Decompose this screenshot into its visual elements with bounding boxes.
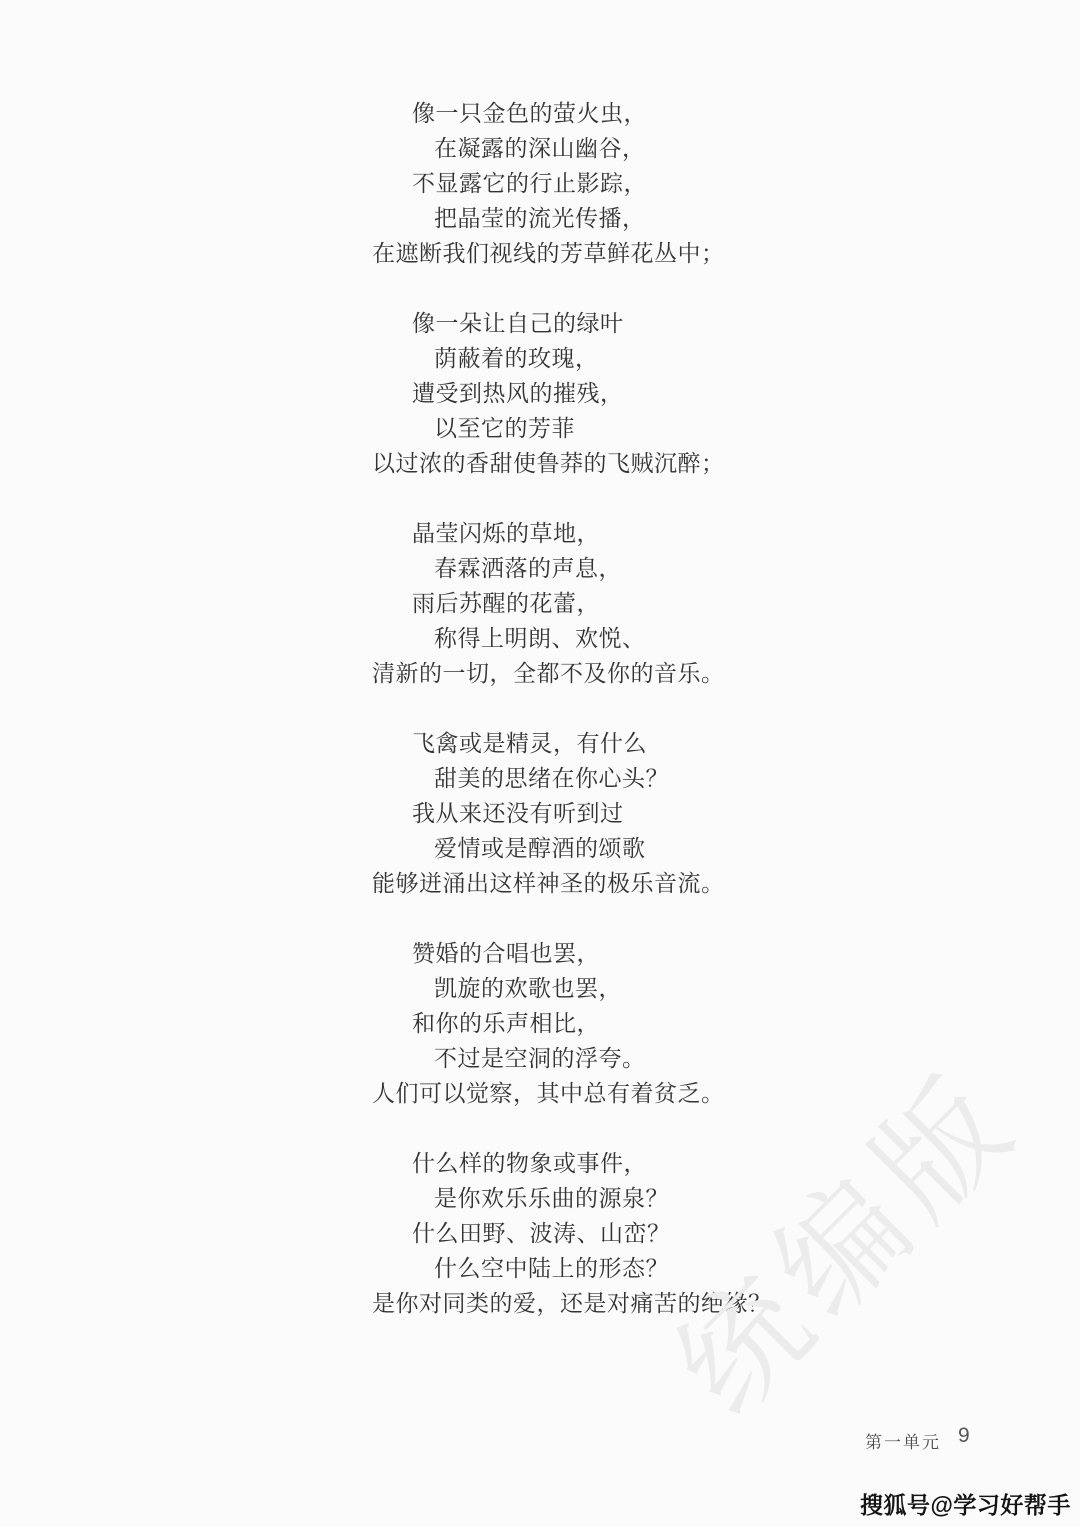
poem-line: 在凝露的深山幽谷，: [434, 131, 772, 166]
poem-stanza: 赞婚的合唱也罢，凯旋的欢歌也罢，和你的乐声相比，不过是空洞的浮夸。人们可以觉察，…: [372, 936, 772, 1111]
poem-line: 把晶莹的流光传播，: [434, 201, 772, 236]
poem-line: 像一朵让自己的绿叶: [412, 306, 772, 341]
poem-line: 在遮断我们视线的芳草鲜花丛中；: [372, 236, 772, 271]
poem-line: 晶莹闪烁的草地，: [412, 516, 772, 551]
poem-line: 什么田野、波涛、山峦？: [412, 1216, 772, 1251]
poem-line: 不过是空洞的浮夸。: [434, 1041, 772, 1076]
footer-page-number: 9: [958, 1424, 970, 1448]
poem-line: 飞禽或是精灵，有什么: [412, 726, 772, 761]
poem-line: 我从来还没有听到过: [412, 796, 772, 831]
poem-line: 能够迸涌出这样神圣的极乐音流。: [372, 866, 772, 901]
poem-line: 是你欢乐乐曲的源泉？: [434, 1181, 772, 1216]
poem-line: 赞婚的合唱也罢，: [412, 936, 772, 971]
poem-stanza: 像一朵让自己的绿叶荫蔽着的玫瑰，遭受到热风的摧残，以至它的芳菲以过浓的香甜使鲁莽…: [372, 306, 772, 481]
textbook-page: 像一只金色的萤火虫，在凝露的深山幽谷，不显露它的行止影踪，把晶莹的流光传播，在遮…: [0, 0, 1080, 1527]
poem-line: 和你的乐声相比，: [412, 1006, 772, 1041]
poem-line: 不显露它的行止影踪，: [412, 166, 772, 201]
poem-line: 称得上明朗、欢悦、: [434, 621, 772, 656]
poem-line: 遭受到热风的摧残，: [412, 376, 772, 411]
poem-line: 爱情或是醇酒的颂歌: [434, 831, 772, 866]
poem-line: 甜美的思绪在你心头？: [434, 761, 772, 796]
poem-line: 雨后苏醒的花蕾，: [412, 586, 772, 621]
poem-stanza: 像一只金色的萤火虫，在凝露的深山幽谷，不显露它的行止影踪，把晶莹的流光传播，在遮…: [372, 96, 772, 271]
footer-unit-label: 第一单元: [865, 1428, 941, 1453]
poem-line: 荫蔽着的玫瑰，: [434, 341, 772, 376]
poem-stanza: 什么样的物象或事件，是你欢乐乐曲的源泉？什么田野、波涛、山峦？什么空中陆上的形态…: [372, 1146, 772, 1321]
poem-stanza: 晶莹闪烁的草地，春霖洒落的声息，雨后苏醒的花蕾，称得上明朗、欢悦、清新的一切，全…: [372, 516, 772, 691]
poem-line: 什么空中陆上的形态？: [434, 1251, 772, 1286]
poem-line: 以至它的芳菲: [434, 411, 772, 446]
poem: 像一只金色的萤火虫，在凝露的深山幽谷，不显露它的行止影踪，把晶莹的流光传播，在遮…: [372, 96, 772, 1356]
poem-line: 像一只金色的萤火虫，: [412, 96, 772, 131]
poem-stanza: 飞禽或是精灵，有什么甜美的思绪在你心头？我从来还没有听到过爱情或是醇酒的颂歌能够…: [372, 726, 772, 901]
poem-line: 以过浓的香甜使鲁莽的飞贼沉醉；: [372, 446, 772, 481]
poem-line: 人们可以觉察，其中总有着贫乏。: [372, 1076, 772, 1111]
publisher-watermark: 搜狐号@学习好帮手: [860, 1487, 1071, 1520]
poem-line: 清新的一切，全都不及你的音乐。: [372, 656, 772, 691]
poem-line: 春霖洒落的声息，: [434, 551, 772, 586]
poem-line: 是你对同类的爱，还是对痛苦的绝缘？: [372, 1286, 772, 1321]
poem-line: 什么样的物象或事件，: [412, 1146, 772, 1181]
poem-line: 凯旋的欢歌也罢，: [434, 971, 772, 1006]
